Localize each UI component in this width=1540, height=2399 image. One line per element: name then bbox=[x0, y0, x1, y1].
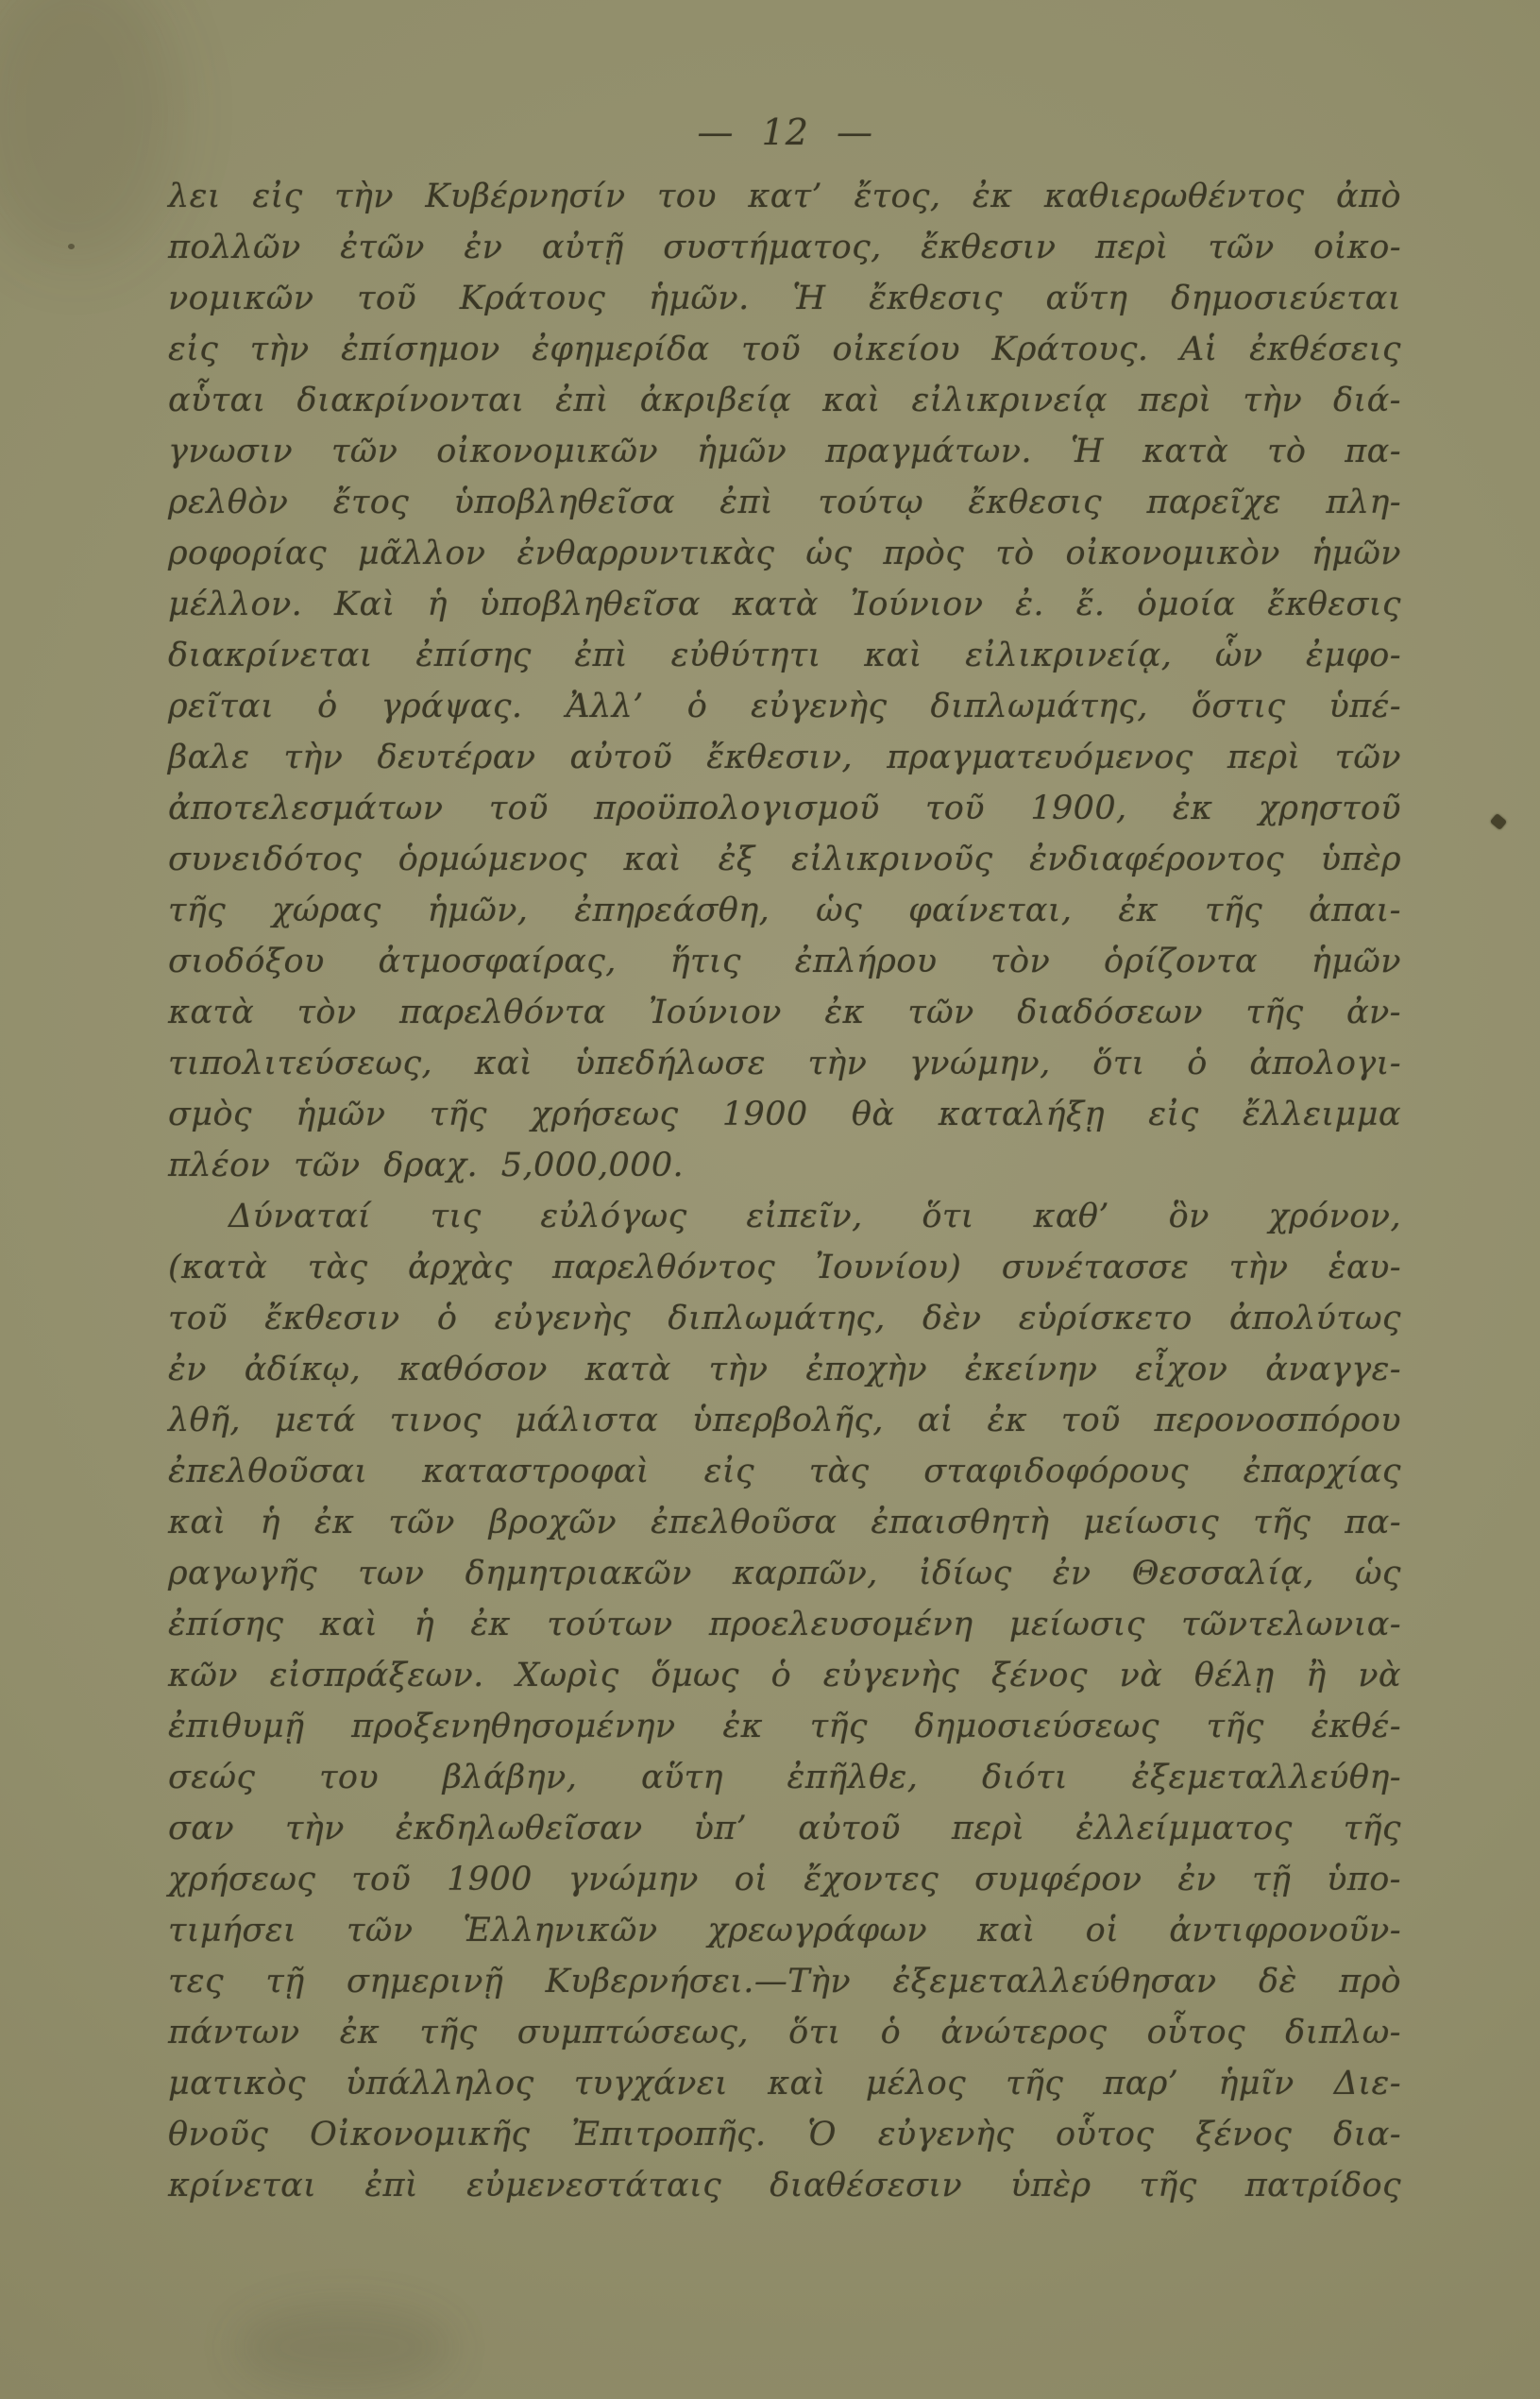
ink-speck bbox=[1490, 813, 1507, 830]
scanned-document-page: — 12 — λειεἰςτὴνΚυβέρνησίντουκατ’ἔτος,ἐκ… bbox=[0, 0, 1540, 2399]
text-line: νομικῶντοῦΚράτουςἡμῶν.Ἡἔκθεσιςαὕτηδημοσι… bbox=[168, 273, 1401, 324]
text-line: κατὰτὸνπαρελθόνταἸούνιονἐκτῶνδιαδόσεωντῆ… bbox=[168, 987, 1401, 1038]
text-line: ραγωγῆςτωνδημητριακῶνκαρπῶν,ἰδίωςἐνΘεσσα… bbox=[168, 1548, 1401, 1599]
text-line: τεςτῇσημερινῇΚυβερνήσει.—Τὴνἐξεμεταλλεύθ… bbox=[168, 1956, 1401, 2007]
scan-shadow-top-left bbox=[0, 0, 179, 264]
text-line: τῆςχώραςἡμῶν,ἐπηρεάσθη,ὡςφαίνεται,ἐκτῆςἀ… bbox=[168, 885, 1401, 936]
text-line: ἀποτελεσμάτωντοῦπροϋπολογισμοῦτοῦ1900,ἐκ… bbox=[168, 783, 1401, 834]
text-line: μέλλον.ΚαὶἡὑποβληθεῖσακατὰἸούνιονἐ.ἔ.ὁμο… bbox=[168, 579, 1401, 630]
text-line: χρήσεωςτοῦ1900γνώμηνοἱἔχοντεςσυμφέρονἐντ… bbox=[168, 1854, 1401, 1905]
text-line: ροφορίαςμᾶλλονἐνθαρρυντικὰςὡςπρὸςτὸοἰκον… bbox=[168, 528, 1401, 579]
text-line: ρεῖταιὁγράψας.Ἀλλ’ὁεὐγενὴςδιπλωμάτης,ὅστ… bbox=[168, 681, 1401, 732]
text-line: (κατὰτὰςἀρχὰςπαρελθόντοςἸουνίου)συνέτασσ… bbox=[168, 1242, 1401, 1293]
text-line: συνειδότοςὁρμώμενοςκαὶἐξεἰλικρινοῦςἐνδια… bbox=[168, 834, 1401, 885]
text-line: ἐπελθοῦσαικαταστροφαὶεἰςτὰςσταφιδοφόρους… bbox=[168, 1446, 1401, 1497]
text-line: ρελθὸνἔτοςὑποβληθεῖσαἐπὶτούτῳἔκθεσιςπαρε… bbox=[168, 477, 1401, 528]
ink-dot bbox=[68, 244, 75, 249]
text-line: πάντωνἐκτῆςσυμπτώσεως,ὅτιὁἀνώτεροςοὗτοςδ… bbox=[168, 2007, 1401, 2058]
text-line: λειεἰςτὴνΚυβέρνησίντουκατ’ἔτος,ἐκκαθιερω… bbox=[168, 171, 1401, 222]
text-line: διακρίνεταιἐπίσηςἐπὶεὐθύτητικαὶεἰλικρινε… bbox=[168, 630, 1401, 681]
body-text: λειεἰςτὴνΚυβέρνησίντουκατ’ἔτος,ἐκκαθιερω… bbox=[168, 171, 1401, 2211]
text-line: βαλετὴνδευτέραναὐτοῦἔκθεσιν,πραγματευόμε… bbox=[168, 732, 1401, 783]
scan-smudge-bottom bbox=[236, 2305, 453, 2390]
text-line: κρίνεταιἐπὶεὐμενεστάταιςδιαθέσεσινὑπὲρτῆ… bbox=[168, 2160, 1401, 2211]
text-line: κῶνεἰσπράξεων.Χωρὶςὅμωςὁεὐγενὴςξένοςνὰθέ… bbox=[168, 1650, 1401, 1701]
text-line: ἐπιθυμῇπροξενηθησομένηνἐκτῆςδημοσιεύσεως… bbox=[168, 1701, 1401, 1752]
page-number: — 12 — bbox=[698, 111, 874, 153]
text-line: σαντὴνἐκδηλωθεῖσανὑπ’αὐτοῦπερὶἐλλείμματο… bbox=[168, 1803, 1401, 1854]
text-line: λθῆ,μετάτινοςμάλισταὑπερβολῆς,αἱἐκτοῦπερ… bbox=[168, 1395, 1401, 1446]
text-line: θνοῦςΟἰκονομικῆςἘπιτροπῆς.Ὁεὐγενὴςοὗτοςξ… bbox=[168, 2109, 1401, 2160]
text-line: σμὸςἡμῶντῆςχρήσεως1900θὰκαταλήξῃεἰςἔλλει… bbox=[168, 1089, 1401, 1140]
text-line: σεώςτουβλάβην,αὕτηἐπῆλθε,διότιἐξεμεταλλε… bbox=[168, 1752, 1401, 1803]
text-line: τιπολιτεύσεως,καὶὑπεδήλωσετὴνγνώμην,ὅτιὁ… bbox=[168, 1038, 1401, 1089]
text-line: εἰςτὴνἐπίσημονἐφημερίδατοῦοἰκείουΚράτους… bbox=[168, 324, 1401, 375]
text-line: Δύναταίτιςεὐλόγωςεἰπεῖν,ὅτικαθ’ὃνχρόνον, bbox=[168, 1191, 1401, 1242]
text-line: τιμήσειτῶνἙλληνικῶνχρεωγράφωνκαὶοἱἀντιφρ… bbox=[168, 1905, 1401, 1956]
text-line: τοῦἔκθεσινὁεὐγενὴςδιπλωμάτης,δὲνεὑρίσκετ… bbox=[168, 1293, 1401, 1344]
text-line: καὶἡἐκτῶνβροχῶνἐπελθοῦσαἐπαισθητὴμείωσις… bbox=[168, 1497, 1401, 1548]
text-line: ματικὸςὑπάλληλοςτυγχάνεικαὶμέλοςτῆςπαρ’ἡ… bbox=[168, 2058, 1401, 2109]
text-line: πολλῶνἐτῶνἐναὐτῇσυστήματος,ἔκθεσινπερὶτῶ… bbox=[168, 222, 1401, 273]
text-line: αὗταιδιακρίνονταιἐπὶἀκριβείᾳκαὶεἰλικρινε… bbox=[168, 375, 1401, 426]
text-line: ἐνἀδίκῳ,καθόσονκατὰτὴνἐποχὴνἐκείνηνεἶχον… bbox=[168, 1344, 1401, 1395]
text-line: σιοδόξουἀτμοσφαίρας,ἥτιςἐπλήρουτὸνὁρίζον… bbox=[168, 936, 1401, 987]
text-line: πλέον τῶν δραχ. 5,000,000. bbox=[168, 1140, 1401, 1191]
text-line: ἐπίσηςκαὶἡἐκτούτωνπροελευσομένημείωσιςτῶ… bbox=[168, 1599, 1401, 1650]
text-line: γνωσιντῶνοἰκονομικῶνἡμῶνπραγμάτων.Ἡκατὰτ… bbox=[168, 426, 1401, 477]
